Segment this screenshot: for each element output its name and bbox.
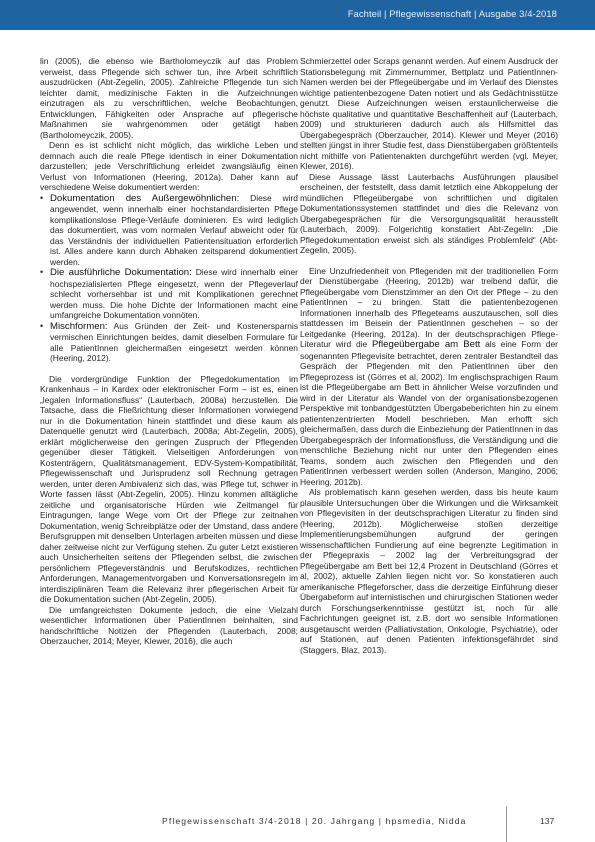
paragraph: Die vordergründige Funktion der Pflegedo… (40, 374, 298, 605)
page-number: 137 (540, 816, 554, 826)
paragraph-gap (300, 256, 558, 266)
paragraph: Eine Unzufriedenheit von Pflegenden mit … (300, 266, 558, 488)
paragraph: Diese Aussage lässt Lauterbachs Ausführu… (300, 172, 558, 256)
left-column: lin (2005), die ebenso wie Bartholomeycz… (40, 56, 298, 647)
list-item: • Mischformen: Aus Gründen der Zeit- und… (40, 321, 298, 364)
bullet-icon: • (40, 321, 43, 332)
text-run: Eine Unzufriedenheit von Pflegenden mit … (300, 266, 558, 350)
bullet-term: Die ausführliche Dokumentation: (50, 267, 192, 278)
bullet-text: Diese wird angewendet, wenn innerhalb ei… (50, 193, 298, 267)
running-title: Fachteil | Pflegewissenschaft | Ausgabe … (348, 8, 557, 19)
paragraph: Denn es ist schlicht nicht möglich, das … (40, 140, 298, 193)
right-column: Schmierzettel oder Scraps genannt werden… (300, 56, 558, 655)
paragraph: Die umfangreichsten Dokumente jedoch, di… (40, 605, 298, 647)
paragraph: Schmierzettel oder Scraps genannt werden… (300, 56, 558, 172)
paragraph: lin (2005), die ebenso wie Bartholomeycz… (40, 56, 298, 140)
list-item: • Dokumentation des Außergewöhnlichen: D… (40, 193, 298, 268)
bullet-term: Dokumentation des Außergewöhnlichen: (50, 193, 239, 204)
bullet-list: • Dokumentation des Außergewöhnlichen: D… (40, 193, 298, 364)
text-run: als eine Form der sogenannten Pflegevisi… (300, 339, 558, 487)
list-item: • Die ausführliche Dokumentation: Diese … (40, 267, 298, 321)
paragraph: Als problematisch kann gesehen werden, d… (300, 487, 558, 655)
footer-divider (506, 806, 507, 842)
bullet-icon: • (40, 193, 43, 204)
bullet-icon: • (40, 267, 43, 278)
bullet-term: Mischformen: (50, 321, 108, 332)
emphasized-term: Pflegeübergabe am Bett (372, 339, 480, 350)
paragraph-gap (40, 364, 298, 374)
footer-journal-info: Pflegewissenschaft 3/4-2018 | 20. Jahrga… (162, 816, 467, 826)
header-band: Fachteil | Pflegewissenschaft | Ausgabe … (0, 0, 595, 30)
